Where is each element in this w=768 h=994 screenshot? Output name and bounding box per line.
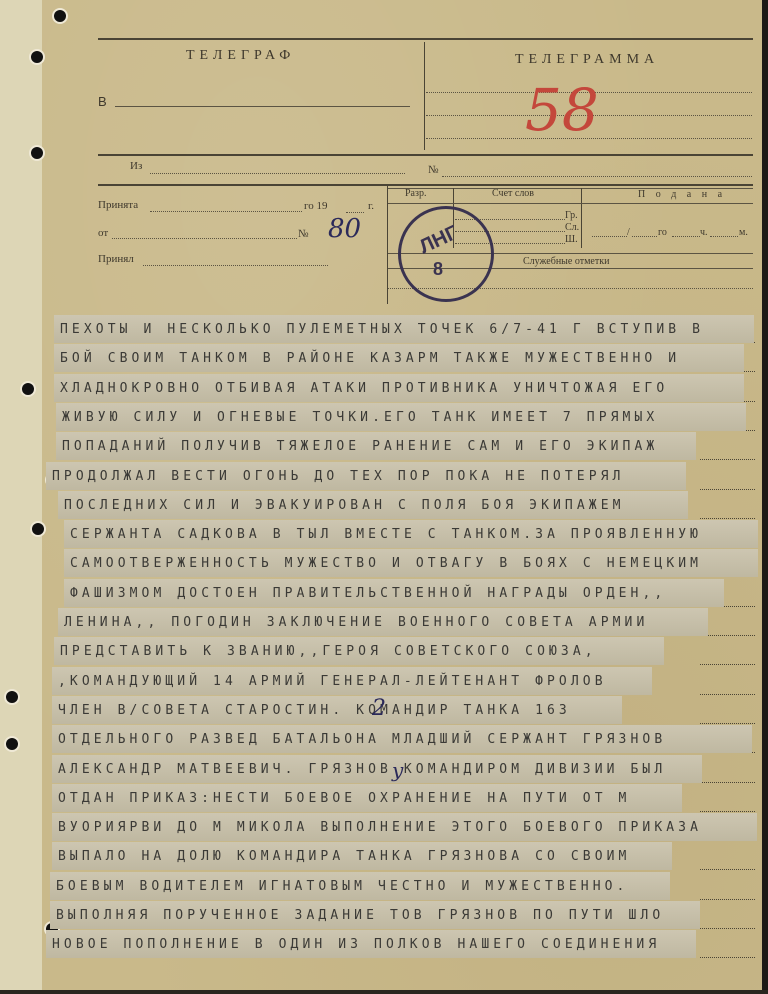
dotted-rule [700,459,755,460]
form-rule [98,154,753,156]
punch-hole [22,383,34,395]
form-right-title: ТЕЛЕГРАММА [515,52,659,68]
col-category: Разр. [405,188,426,199]
telegram-line: САМООТВЕРЖЕННОСТЬ МУЖЕСТВО И ОТВАГУ В БО… [70,550,702,578]
telegram-line: ОТДАН ПРИКАЗ:НЕСТИ БОЕВОЕ ОХРАНЕНИЕ НА П… [58,785,630,813]
handwritten-ink-number: 80 [328,214,361,244]
telegram-line: ,КОМАНДУЮЩИЙ 14 АРМИЙ ГЕНЕРАЛ-ЛЕЙТЕНАНТ … [58,668,607,696]
number-label: № [428,164,439,176]
accepted-field-line[interactable] [150,211,302,212]
telegram-line: ЧЛЕН В/СОВЕТА СТАРОСТИН. КОМАНДИР ТАНКА … [58,697,571,725]
telegram-line: ХЛАДНОКРОВНО ОТБИВАЯ АТАКИ ПРОТИВНИКА УН… [60,375,668,403]
office-stamp: ЛНГ 8 [398,206,494,302]
scan-edge-bottom [0,990,768,994]
dotted-rule [700,489,755,490]
form-divider [424,42,425,150]
telegram-line: НОВОЕ ПОПОЛНЕНИЕ В ОДИН ИЗ ПОЛКОВ НАШЕГО… [52,931,660,959]
row-sh: Ш. [565,234,578,245]
punch-hole [31,147,43,159]
table-rule [388,203,753,204]
year-label: го 19 [304,200,328,212]
handwritten-red-number: 58 [525,76,599,144]
dotted-rule [700,957,755,958]
telegram-line: ПОСЛЕДНИХ СИЛ И ЭВАКУИРОВАН С ПОЛЯ БОЯ Э… [64,492,625,520]
telegram-line: ВЫПОЛНЯЯ ПОРУЧЕННОЕ ЗАДАНИЕ ТОВ ГРЯЗНОВ … [56,902,664,930]
scan-edge-right [762,0,768,994]
dotted-rule [700,664,755,665]
submitted-line[interactable] [632,236,657,237]
telegram-line: БОЕВЫМ ВОДИТЕЛЕМ ИГНАТОВЫМ ЧЕСТНО И МУЖЕ… [56,873,628,901]
stamp-bottom-text: 8 [433,259,443,280]
service-notes-label: Служебные отметки [523,256,609,267]
table-divider [581,188,582,248]
telegram-line: БОЙ СВОИМ ТАНКОМ В РАЙОНЕ КАЗАРМ ТАКЖЕ М… [60,345,680,373]
telegram-line: ПРОДОЛЖАЛ ВЕСТИ ОГОНЬ ДО ТЕХ ПОР ПОКА НЕ… [52,463,624,491]
year-field-line[interactable] [346,212,364,213]
submitted-line[interactable] [710,236,738,237]
submitted-slash: / [627,227,630,238]
dotted-rule [700,635,755,636]
received-by-label: Принял [98,253,134,265]
from-label: Из [130,160,142,172]
form-rule [98,184,753,186]
submitted-hour: ч. [700,227,708,238]
handwritten-inline-mark: 2 [372,696,386,721]
punch-hole [31,51,43,63]
dotted-rule [700,869,755,870]
to-field-line[interactable] [115,106,410,107]
dotted-rule [700,723,755,724]
punch-hole [32,523,44,535]
dotted-rule [700,782,755,783]
dotted-rule [700,518,755,519]
col-submitted: П о д а н а [638,189,726,200]
stamp-top-text: ЛНГ [416,222,462,260]
from-field-line[interactable] [150,173,405,174]
telegram-line: ОТДЕЛЬНОГО РАЗВЕД БАТАЛЬОНА МЛАДШИЙ СЕРЖ… [58,726,666,754]
submitted-line[interactable] [672,236,700,237]
telegram-line: ПЕХОТЫ И НЕСКОЛЬКО ПУЛЕМЕТНЫХ ТОЧЕК 6/7-… [60,316,704,344]
form-top-rule [98,38,753,40]
from-small-field-line[interactable] [112,238,297,239]
telegram-line: ФАШИЗМОМ ДОСТОЕН ПРАВИТЕЛЬСТВЕННОЙ НАГРА… [70,580,666,608]
telegram-line: ПОПАДАНИЙ ПОЛУЧИВ ТЯЖЕЛОЕ РАНЕНИЕ САМ И … [62,433,658,461]
submitted-day: го [658,227,667,238]
to-label: В [98,94,107,109]
telegram-line: ЖИВУЮ СИЛУ И ОГНЕВЫЕ ТОЧКИ.ЕГО ТАНК ИМЕЕ… [62,404,658,432]
telegram-line: ВУОРИЯРВИ ДО М МИКОЛА ВЫПОЛНЕНИЕ ЭТОГО Б… [58,814,702,842]
telegram-line: ВЫПАЛО НА ДОЛЮ КОМАНДИРА ТАНКА ГРЯЗНОВА … [58,843,630,871]
punch-hole [6,738,18,750]
telegram-line: СЕРЖАНТА САДКОВА В ТЫЛ ВМЕСТЕ С ТАНКОМ.З… [70,521,702,549]
from-small-label: от [98,227,108,239]
telegram-line: ПРЕДСТАВИТЬ К ЗВАНИЮ,,ГЕРОЯ СОВЕТСКОГО С… [60,638,597,666]
form-left-title: ТЕЛЕГРАФ [186,48,295,64]
row-sl: Сл. [565,222,579,233]
dotted-rule [700,694,755,695]
dotted-rule [700,811,755,812]
punch-hole [54,10,66,22]
year-suffix: г. [368,200,374,212]
dotted-rule [700,928,755,929]
dotted-rule [700,899,755,900]
telegram-line: АЛЕКСАНДР МАТВЕЕВИЧ. ГРЯЗНОВ КОМАНДИРОМ … [58,756,666,784]
row-gr: Гр. [565,210,578,221]
handwritten-inline-mark-2: у [392,758,404,782]
submitted-minute: м. [739,227,748,238]
col-word-count: Счет слов [492,188,534,199]
accepted-label: Принята [98,199,138,211]
number-field-line[interactable] [442,176,752,177]
no-label: № [298,228,309,240]
submitted-line[interactable] [592,236,627,237]
punch-hole [6,691,18,703]
received-by-field-line[interactable] [143,265,328,266]
telegram-line: ЛЕНИНА,, ПОГОДИН ЗАКЛЮЧЕНИЕ ВОЕННОГО СОВ… [64,609,648,637]
